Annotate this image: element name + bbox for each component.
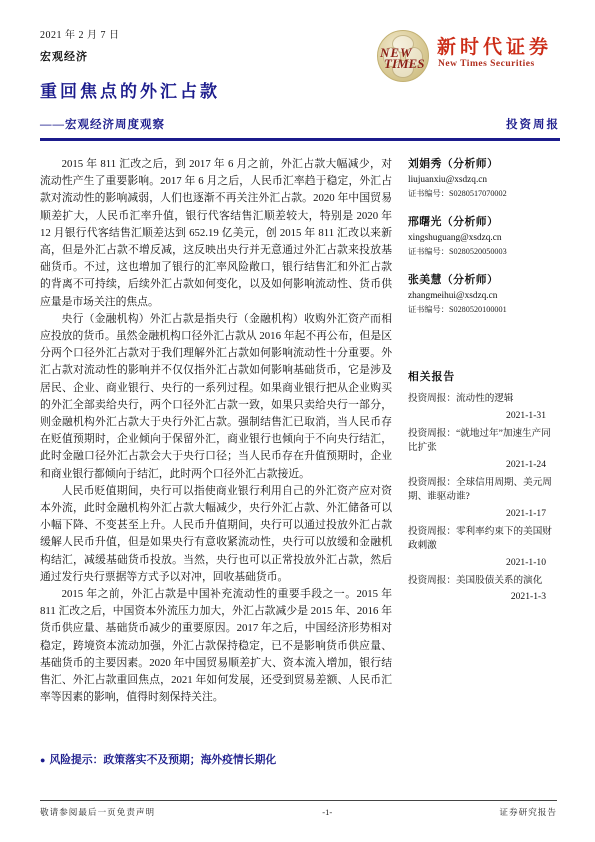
subtitle-row: ——宏观经济周度观察 投资周报 <box>40 116 560 132</box>
sidebar-column: 刘娟秀（分析师） liujuanxiu@xsdzq.cn 证书编号：S02805… <box>408 156 560 707</box>
related-reports-header: 相关报告 <box>408 369 560 384</box>
related-reports-section: 相关报告 投资周报：流动性的逻辑 2021-1-31 投资周报：“就地过年”加速… <box>408 369 560 602</box>
report-subtitle: ——宏观经济周度观察 <box>40 116 165 132</box>
analyst-cert-number: 证书编号：S0280520050003 <box>408 246 560 257</box>
related-report-item: 投资周报：美国股债关系的演化 2021-1-3 <box>408 574 560 603</box>
related-reports-list: 投资周报：流动性的逻辑 2021-1-31 投资周报：“就地过年”加速生产同比扩… <box>408 392 560 602</box>
logo-text-times: TIMES <box>384 56 424 72</box>
risk-note-text: 风险提示：政策落实不及预期；海外疫情长期化 <box>49 752 276 769</box>
analyst-name: 刘娟秀（分析师） <box>408 156 560 171</box>
related-report-date: 2021-1-17 <box>408 508 560 519</box>
footer-disclaimer: 敬请参阅最后一页免责声明 <box>40 806 155 818</box>
article-paragraph: 2015 年 811 汇改之后，到 2017 年 6 月之前，外汇占款大幅减少，… <box>40 156 392 311</box>
analyst-email: zhangmeihui@xsdzq.cn <box>408 291 560 301</box>
risk-note-row: ● 风险提示：政策落实不及预期；海外疫情长期化 <box>40 742 392 769</box>
related-report-title: 投资周报：“就地过年”加速生产同比扩张 <box>408 427 560 456</box>
related-report-date: 2021-1-24 <box>408 459 560 470</box>
related-report-title: 投资周报：美国股债关系的演化 <box>408 574 560 589</box>
related-report-date: 2021-1-3 <box>408 591 560 602</box>
article-paragraph: 2015 年之前，外汇占款是中国补充流动性的重要手段之一。2015 年 811 … <box>40 586 392 706</box>
bullet-icon: ● <box>40 752 45 769</box>
related-report-title: 投资周报：零利率约束下的美国财政刺激 <box>408 525 560 554</box>
brand-block: NEW TIMES 新时代证券 New Times Securities <box>377 30 557 82</box>
analyst-email: xingshuguang@xsdzq.cn <box>408 233 560 243</box>
related-report-title: 投资周报：全球信用周期、美元周期、谁驱动谁? <box>408 476 560 505</box>
article-paragraph: 人民币贬值期间，央行可以指使商业银行利用自己的外汇资产应对资本外流，此时金融机构… <box>40 483 392 586</box>
analyst-name: 张美慧（分析师） <box>408 272 560 287</box>
analyst-block: 张美慧（分析师） zhangmeihui@xsdzq.cn 证书编号：S0280… <box>408 272 560 315</box>
footer-page-number: -1- <box>322 807 332 817</box>
related-report-date: 2021-1-31 <box>408 410 560 421</box>
related-report-item: 投资周报：流动性的逻辑 2021-1-31 <box>408 392 560 421</box>
analyst-email: liujuanxiu@xsdzq.cn <box>408 175 560 185</box>
analyst-cert-number: 证书编号：S0280517070002 <box>408 188 560 199</box>
risk-note: ● 风险提示：政策落实不及预期；海外疫情长期化 <box>40 752 392 769</box>
main-content: 2015 年 811 汇改之后，到 2017 年 6 月之前，外汇占款大幅减少，… <box>0 141 595 707</box>
brand-name-cn: 新时代证券 <box>437 32 552 59</box>
header-divider <box>40 138 560 141</box>
analyst-block: 邢曙光（分析师） xingshuguang@xsdzq.cn 证书编号：S028… <box>408 214 560 257</box>
analysts-list: 刘娟秀（分析师） liujuanxiu@xsdzq.cn 证书编号：S02805… <box>408 156 560 315</box>
related-report-item: 投资周报：零利率约束下的美国财政刺激 2021-1-10 <box>408 525 560 568</box>
new-times-logo-icon: NEW TIMES <box>377 30 429 82</box>
related-report-date: 2021-1-10 <box>408 557 560 568</box>
report-page: 2021 年 2 月 7 日 宏观经济 重回焦点的外汇占款 ——宏观经济周度观察… <box>0 0 595 842</box>
page-footer: 敬请参阅最后一页免责声明 -1- 证券研究报告 <box>40 800 557 818</box>
related-report-title: 投资周报：流动性的逻辑 <box>408 392 560 407</box>
analyst-cert-number: 证书编号：S0280520100001 <box>408 304 560 315</box>
footer-report-type: 证券研究报告 <box>499 806 557 818</box>
related-report-item: 投资周报：“就地过年”加速生产同比扩张 2021-1-24 <box>408 427 560 470</box>
article-column: 2015 年 811 汇改之后，到 2017 年 6 月之前，外汇占款大幅减少，… <box>40 156 392 707</box>
report-header: 2021 年 2 月 7 日 宏观经济 重回焦点的外汇占款 ——宏观经济周度观察… <box>0 0 595 141</box>
related-report-item: 投资周报：全球信用周期、美元周期、谁驱动谁? 2021-1-17 <box>408 476 560 519</box>
analyst-name: 邢曙光（分析师） <box>408 214 560 229</box>
analyst-block: 刘娟秀（分析师） liujuanxiu@xsdzq.cn 证书编号：S02805… <box>408 156 560 199</box>
brand-name-en: New Times Securities <box>438 59 535 69</box>
report-type-label: 投资周报 <box>506 116 560 132</box>
article-paragraph: 央行（金融机构）外汇占款是指央行（金融机构）收购外汇资产而相应投放的货币。虽然金… <box>40 311 392 483</box>
